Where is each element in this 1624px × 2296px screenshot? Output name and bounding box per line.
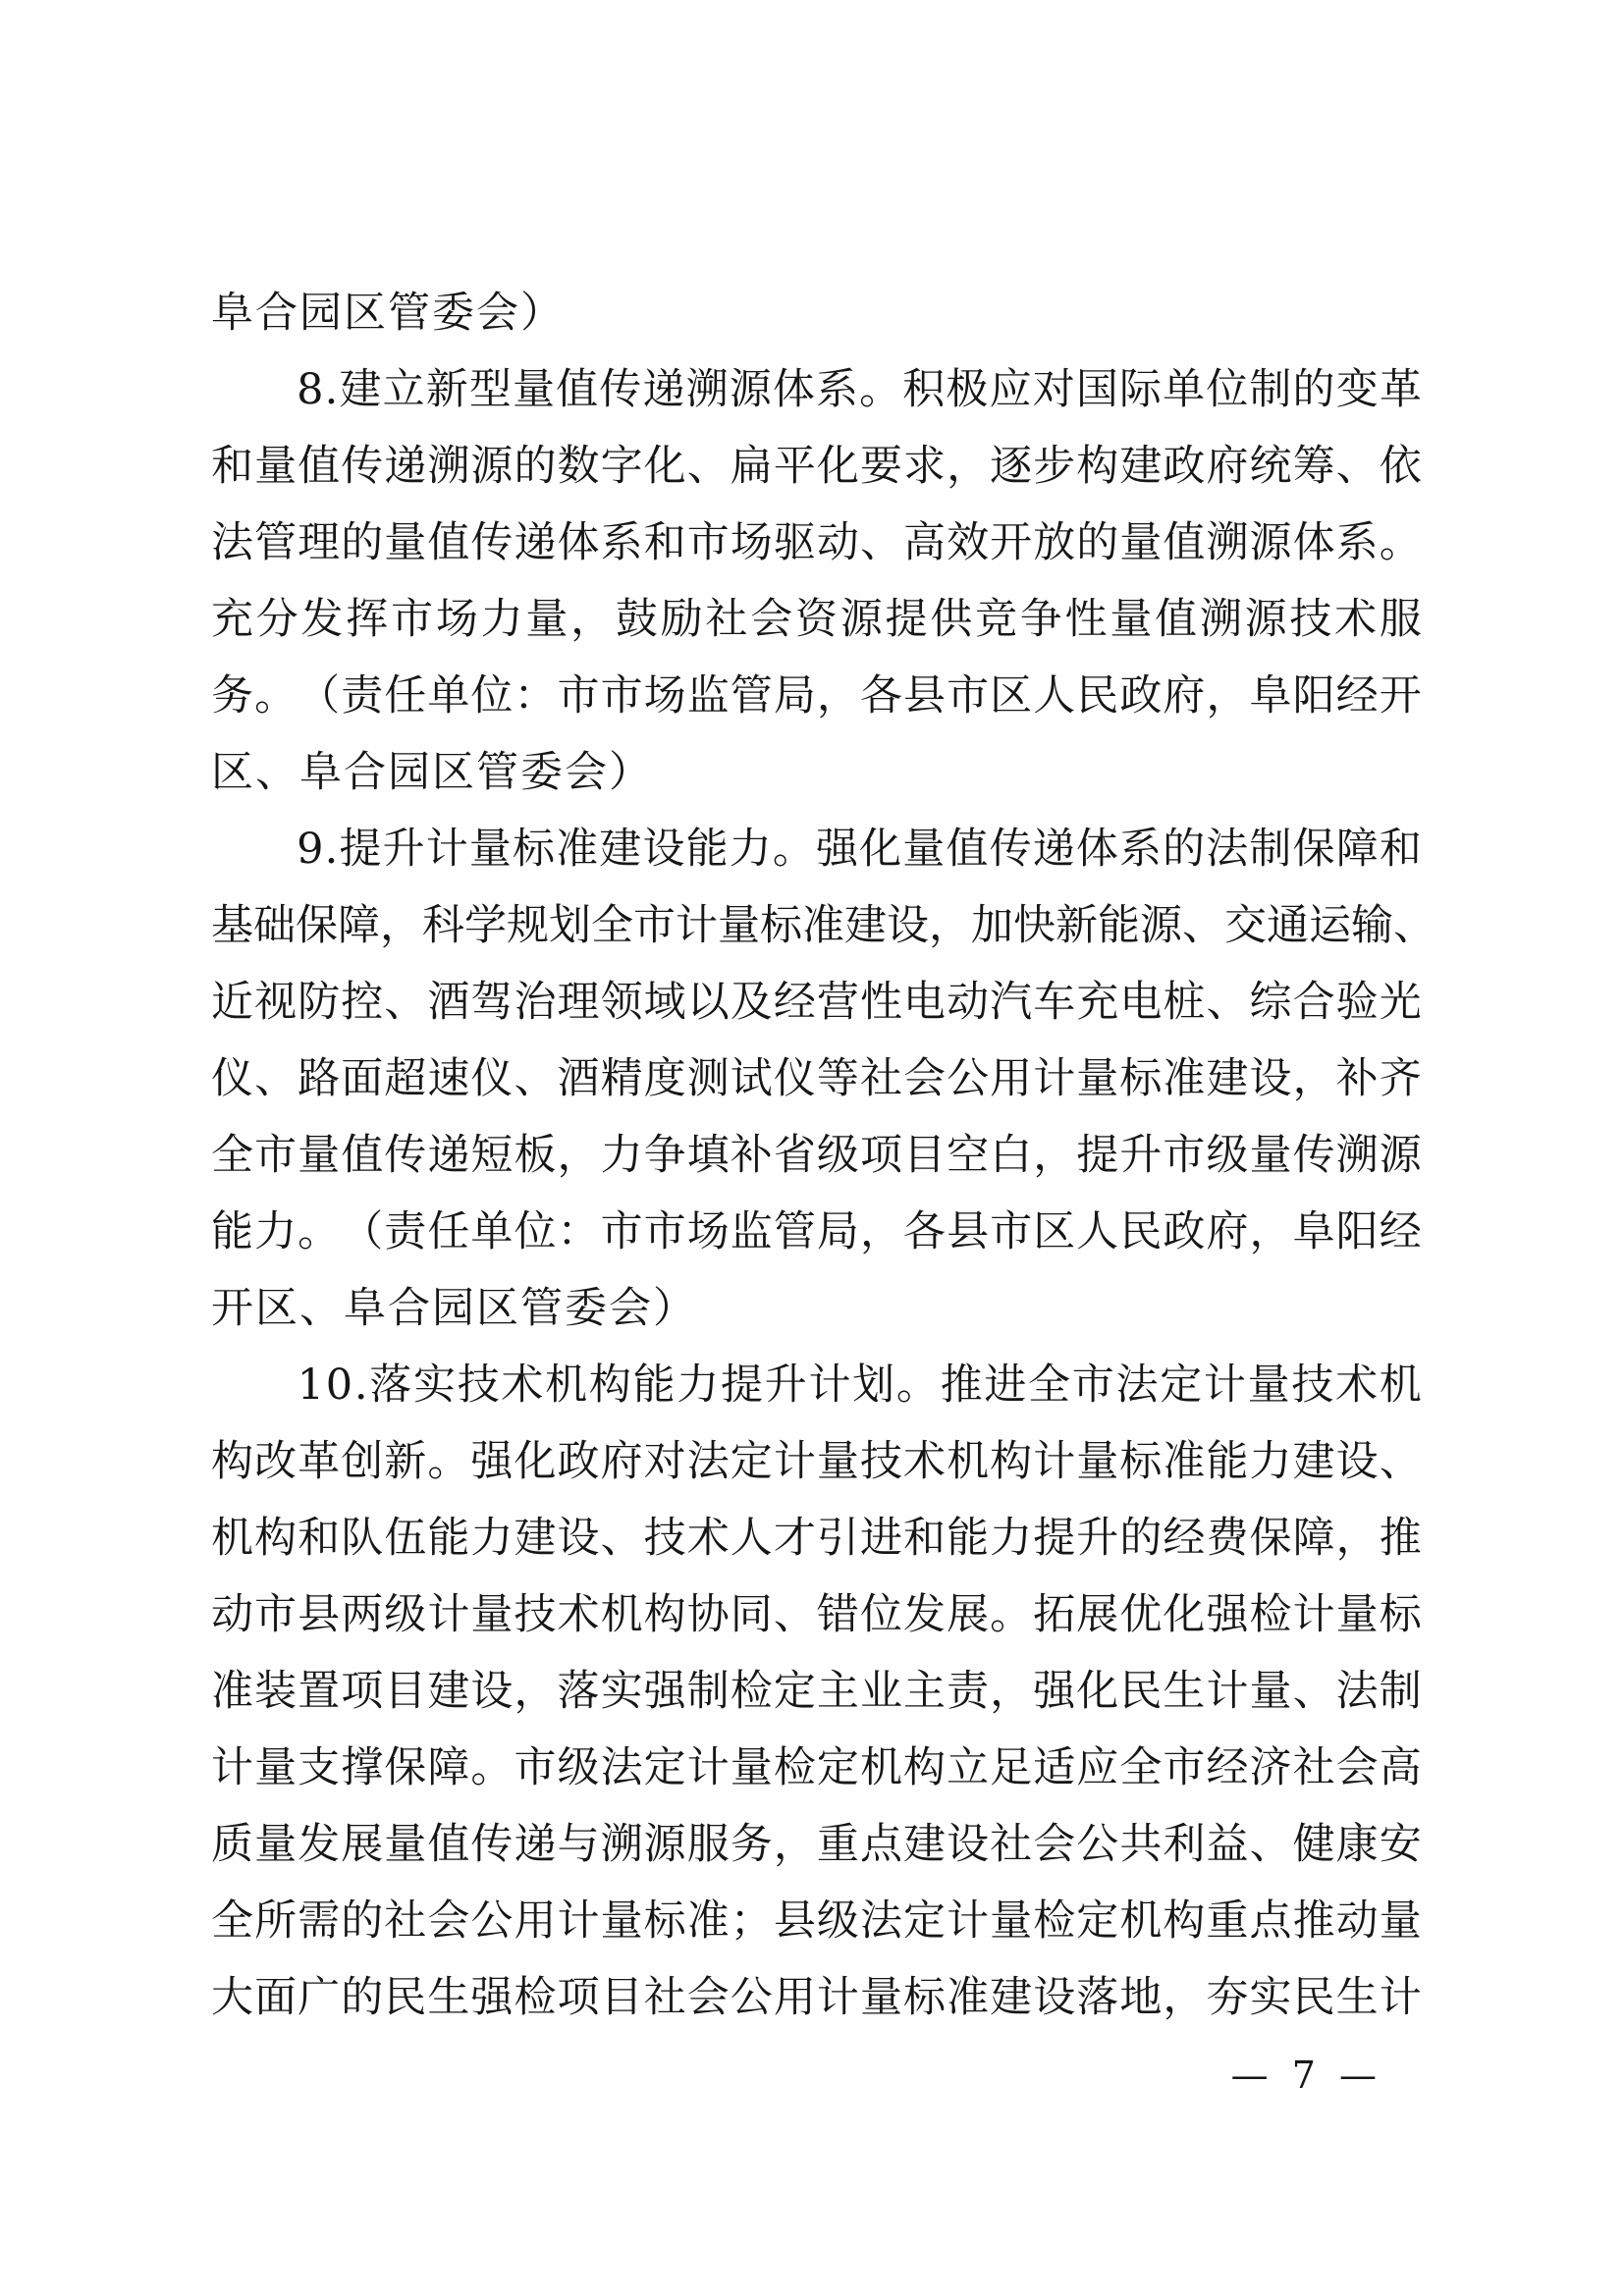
text-line: 能力。（责任单位：市市场监管局，各县市区人民政府，阜阳经 xyxy=(211,1194,1422,1270)
text-line: 10.落实技术机构能力提升计划。推进全市法定计量技术机 xyxy=(211,1347,1422,1423)
document-body: 阜合园区管委会）8.建立新型量值传递溯源体系。积极应对国际单位制的变革和量值传递… xyxy=(211,275,1422,2036)
text-line: 开区、阜合园区管委会） xyxy=(211,1270,1422,1347)
text-line: 准装置项目建设，落实强制检定主业主责，强化民生计量、法制 xyxy=(211,1653,1422,1730)
text-line: 区、阜合园区管委会） xyxy=(211,734,1422,811)
text-line: 务。（责任单位：市市场监管局，各县市区人民政府，阜阳经开 xyxy=(211,658,1422,734)
text-line: 大面广的民生强检项目社会公用计量标准建设落地，夯实民生计 xyxy=(211,1959,1422,2036)
text-line: 阜合园区管委会） xyxy=(211,275,1422,351)
text-line: 动市县两级计量技术机构协同、错位发展。拓展优化强检计量标 xyxy=(211,1576,1422,1653)
text-line: 机构和队伍能力建设、技术人才引进和能力提升的经费保障，推 xyxy=(211,1500,1422,1576)
text-line: 充分发挥市场力量，鼓励社会资源提供竞争性量值溯源技术服 xyxy=(211,581,1422,658)
text-line: 8.建立新型量值传递溯源体系。积极应对国际单位制的变革 xyxy=(211,351,1422,428)
text-line: 全市量值传递短板，力争填补省级项目空白，提升市级量传溯源 xyxy=(211,1117,1422,1194)
text-line: 近视防控、酒驾治理领域以及经营性电动汽车充电桩、综合验光 xyxy=(211,964,1422,1041)
text-line: 9.提升计量标准建设能力。强化量值传递体系的法制保障和 xyxy=(211,811,1422,887)
text-line: 法管理的量值传递体系和市场驱动、高效开放的量值溯源体系。 xyxy=(211,505,1422,581)
text-line: 质量发展量值传递与溯源服务，重点建设社会公共利益、健康安 xyxy=(211,1806,1422,1883)
text-line: 仪、路面超速仪、酒精度测试仪等社会公用计量标准建设，补齐 xyxy=(211,1041,1422,1117)
text-line: 全所需的社会公用计量标准；县级法定计量检定机构重点推动量 xyxy=(211,1883,1422,1959)
document-page: 阜合园区管委会）8.建立新型量值传递溯源体系。积极应对国际单位制的变革和量值传递… xyxy=(0,0,1624,2296)
text-line: 计量支撑保障。市级法定计量检定机构立足适应全市经济社会高 xyxy=(211,1730,1422,1806)
text-line: 构改革创新。强化政府对法定计量技术机构计量标准能力建设、 xyxy=(211,1423,1422,1500)
text-line: 基础保障，科学规划全市计量标准建设，加快新能源、交通运输、 xyxy=(211,887,1422,964)
text-line: 和量值传递溯源的数字化、扁平化要求，逐步构建政府统筹、依 xyxy=(211,428,1422,505)
page-number: — 7 — xyxy=(1231,2052,1382,2099)
